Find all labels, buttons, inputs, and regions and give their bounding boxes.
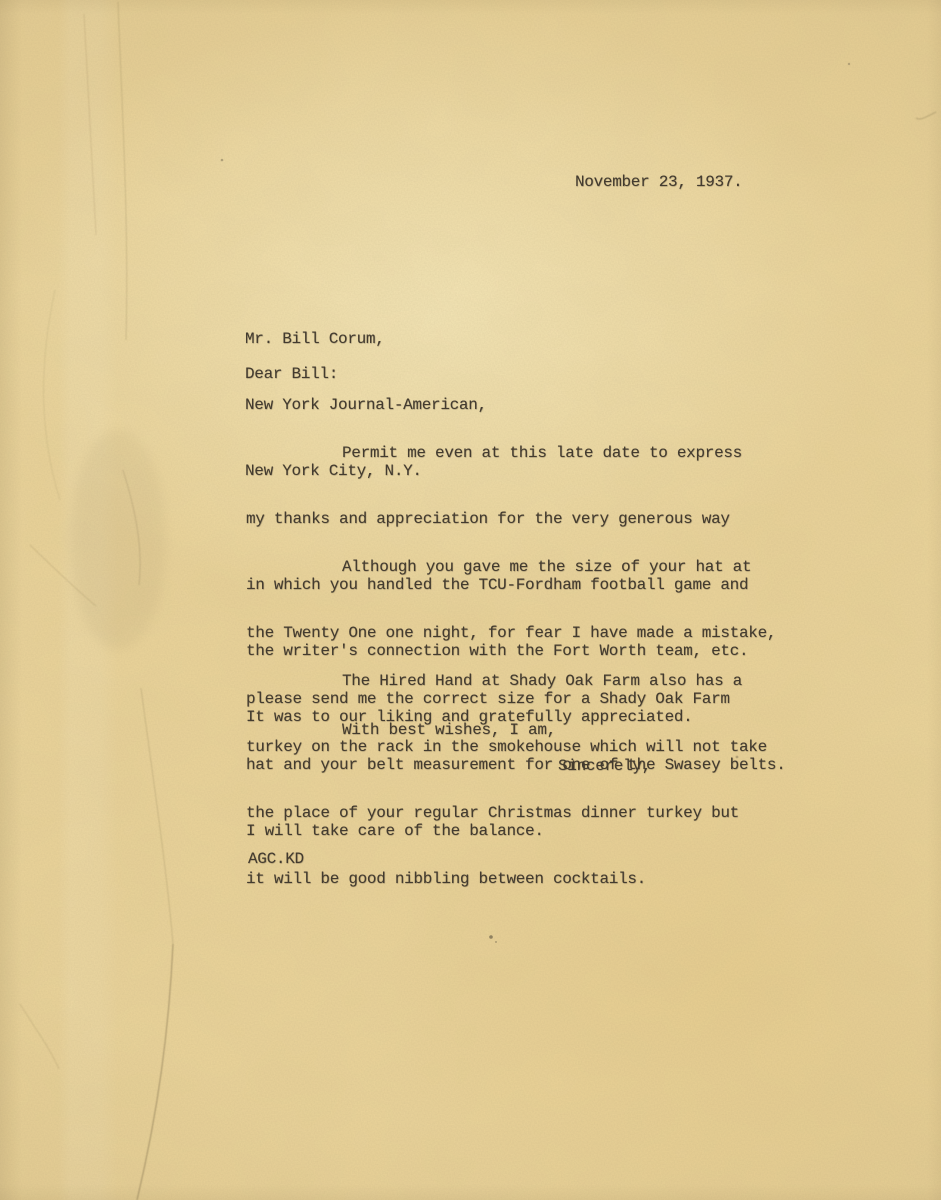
typist-initials: AGC.KD [248,848,304,870]
letter-line: the place of your regular Christmas dinn… [246,802,767,824]
signoff: Sincerely, [558,755,651,777]
letter-line: it will be good nibbling between cocktai… [246,868,767,890]
salutation: Dear Bill: [245,363,338,385]
date-line: November 23, 1937. [575,171,742,193]
letter-content: November 23, 1937. Mr. Bill Corum, New Y… [0,0,941,1200]
letter-line: Although you gave me the size of your ha… [246,556,786,578]
paragraph-3: The Hired Hand at Shady Oak Farm also ha… [246,626,767,934]
letter-line: The Hired Hand at Shady Oak Farm also ha… [246,670,767,692]
letter-line: Permit me even at this late date to expr… [246,442,748,464]
address-line: Mr. Bill Corum, [245,328,487,350]
closing-phrase: With best wishes, I am, [342,719,556,741]
letter-scan: November 23, 1937. Mr. Bill Corum, New Y… [0,0,941,1200]
